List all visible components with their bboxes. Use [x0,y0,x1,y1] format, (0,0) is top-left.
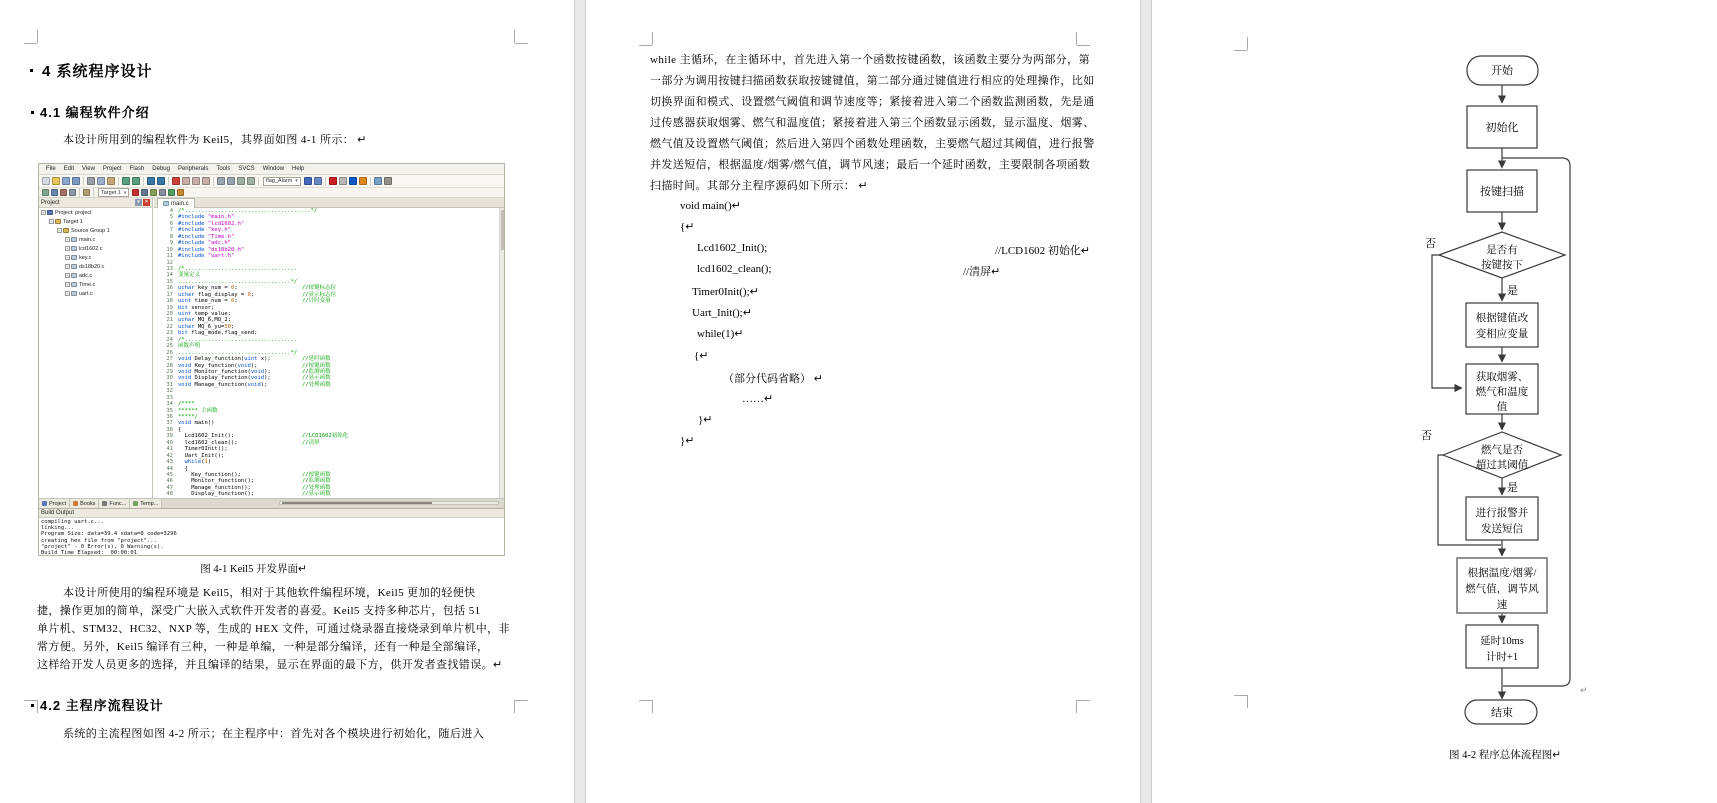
section-heading: 4 系统程序设计 [42,60,153,81]
debug-icon [168,189,175,196]
undo-icon [122,177,130,185]
flow-yes-label: 是 [1507,481,1518,494]
flow-no-label: 否 [1425,237,1436,250]
code-listing-line: Lcd1602_Init(); [697,242,767,254]
c-file-icon [71,273,77,278]
paragraph-line: 过传感器获取烟雾、燃气和温度值；紧接着进入第三个函数显示函数，显示温度、烟雾、 [650,114,1095,130]
download-icon [83,189,90,196]
code-listing-line: }↵ [698,413,713,426]
breakpoint-icon [329,177,337,185]
flow-label-init: 初始化 [1486,120,1519,134]
flow-no-label: 否 [1421,429,1432,442]
toolbar-separator [79,188,80,197]
code-comment: //显示函数 [302,491,331,497]
subsection-heading-4-1: 4.1 编程软件介绍 [40,102,150,121]
flow-label-d2: 超过其阈值 [1476,458,1529,471]
tree-expander-icon: + [41,210,46,215]
toolbar-separator [118,177,119,186]
chevron-down-icon: ▾ [295,178,298,184]
flow-label-delay: 延时10ms [1480,634,1524,647]
menu-item-help: Help [288,166,308,172]
batch-build-icon [69,189,76,196]
paragraph-line: 系统的主流程图如图 4-2 所示；在主程序中：首先对各个模块进行初始化，随后进入 [63,725,484,741]
cut-icon [87,177,95,185]
c-file-icon [71,237,77,242]
keil-code-area: 4/*.....................................… [154,208,504,498]
tree-item-adc-c: +adc.c [39,271,152,280]
tree-expander-icon: + [65,237,70,242]
paragraph-line: 本设计所用到的编程软件为 Keil5，其界面如图 4-1 所示： ↵ [63,131,367,147]
flow-yes-label: 是 [1507,284,1518,297]
find-icon [304,177,312,185]
comment-icon [237,177,245,185]
menu-item-flash: Flash [126,166,149,172]
new-file-icon [42,177,50,185]
save-icon [62,177,70,185]
heading-style-marker [30,69,33,72]
flow-label-get-sensors: 燃气和温度 [1476,385,1529,398]
target-select-combo: Target 1▾ [98,188,129,197]
toolbar-separator [213,177,214,186]
code-listing-comment: //清屏↵ [963,263,1000,279]
tree-expander-icon: + [65,282,70,287]
flow-label-d2: 燃气是否 [1481,443,1523,456]
keil-project-panel-header: Project ▾ ✕ [39,198,152,208]
indent-right-icon [227,177,235,185]
workspace-icon [47,210,53,215]
flow-label-d1: 按键按下 [1481,258,1523,271]
flow-label-keyscan: 按键扫描 [1480,184,1524,198]
search-text-combo: flag_Alarm▾ [263,177,301,186]
breakpoint-enable-icon [349,177,357,185]
flow-label-end: 结束 [1491,705,1513,719]
line-number: 48 [154,491,173,497]
tree-item-project-project: +Project: project [39,208,152,217]
indent-left-icon [217,177,225,185]
tree-expander-icon: + [65,246,70,251]
chevron-down-icon: ▾ [124,190,127,196]
tree-expander-icon: + [65,255,70,260]
options-icon [141,189,148,196]
c-file-icon [71,291,77,296]
code-listing-line: {↵ [694,349,709,362]
flow-no-branch-1 [1432,255,1461,388]
tree-item-label: adc.c [79,273,92,279]
flag-icon [132,189,139,196]
heading-style-marker [31,704,34,707]
toolbar-separator [93,188,94,197]
rebuild-icon [60,189,67,196]
keil-editor-tabbar: main.c [154,198,504,208]
menu-item-tools: Tools [212,166,234,172]
pin-icon: ▾ [135,199,142,206]
books-tab-icon [73,501,78,506]
code-listing-comment: //LCD1602 初始化↵ [995,242,1090,258]
document-viewer-canvas: 4 系统程序设计 4.1 编程软件介绍 本设计所用到的编程软件为 Keil5，其… [0,0,1717,803]
build-icon [51,189,58,196]
tree-expander-icon: + [49,219,54,224]
toolbar-separator [370,177,371,186]
c-file-icon [163,201,169,206]
bookmark-icon [172,177,180,185]
build-output-text: compiling uart.c...linking...Program Siz… [39,518,504,555]
find-in-files-icon [314,177,322,185]
toolbar-separator [83,177,84,186]
build-output-line: Build Time Elapsed: 00:00:01 [41,550,504,556]
tree-expander-icon: + [57,228,62,233]
file-extensions-icon [150,189,157,196]
open-folder-icon [52,177,60,185]
paragraph-line: 一部分为调用按键扫描函数获取按键键值，第二部分通过键值进行相应的处理操作，比如 [650,72,1095,88]
tree-item-label: Target 1 [63,219,83,225]
editor-tab-main-c: main.c [157,198,195,208]
bookmark-clear-icon [202,177,210,185]
code-listing-line: ……↵ [742,392,773,405]
bottom-tab-temp: Temp... [130,499,162,508]
bottom-tab-books: Books [70,499,99,508]
flow-label-get-sensors: 获取烟雾、 [1476,370,1529,383]
paragraph-mark: ↵ [1580,685,1588,695]
group-folder-icon [63,228,69,233]
flow-label-alarm-sms: 发送短信 [1481,522,1523,535]
tree-item-label: key.c [79,255,91,261]
tree-item-ds18b20-c: +ds18b20.c [39,262,152,271]
tree-item-label: uart.c [79,291,93,297]
paragraph-line: 本设计所使用的编程环境是 Keil5，相对于其他软件编程环境，Keil5 更加的… [63,584,476,600]
bookmark-prev-icon [182,177,190,185]
code-listing-line: }↵ [680,434,695,447]
window-layout-icon [374,177,382,185]
paragraph-line: 燃气值及设置燃气阈值；然后进入第四个函数处理函数，主要燃气超过其阈值，进行报警 [650,135,1095,151]
tree-expander-icon: + [65,291,70,296]
keil-project-panel: Project ▾ ✕ +Project: project+Target 1+S… [39,198,153,498]
code-listing-line: Uart_Init();↵ [692,306,752,319]
tree-item-target-1: +Target 1 [39,217,152,226]
toolbar-separator [143,177,144,186]
tree-item-label: main.c [79,237,95,243]
editor-horizontal-scrollbar [279,501,499,505]
tree-item-time-c: +Time.c [39,280,152,289]
flow-label-adjust-fan: 速 [1497,598,1508,611]
c-file-icon [71,255,77,260]
toolbar-separator [325,177,326,186]
bookmark-next-icon [192,177,200,185]
code-listing-line: （部分代码省略） ↵ [723,370,823,386]
build-output-title: Build Output [41,510,74,516]
flow-label-d1: 是否有 [1486,243,1518,256]
copy-icon [97,177,105,185]
tree-item-label: ds18b20.c [79,264,104,270]
toolbar-separator [258,177,259,186]
c-file-icon [71,246,77,251]
keil-project-tree: +Project: project+Target 1+Source Group … [39,208,152,498]
tree-item-source-group-1: +Source Group 1 [39,226,152,235]
paragraph-line: 并发送短信，根据温度/烟雾/燃气值，调节风速；最后一个延时函数，主要限制各项函数 [650,156,1090,172]
tree-item-label: Time.c [79,282,95,288]
subsection-heading-4-2: 4.2 主程序流程设计 [40,695,164,714]
project-panel-title: Project [41,200,60,206]
code-listing-line: lcd1602_clean(); [697,263,772,275]
functions-tab-icon [102,501,107,506]
menu-item-svcs: SVCS [234,166,258,172]
menu-item-peripherals: Peripherals [174,166,212,172]
paragraph-line: 切换界面和模式、设置燃气阈值和调节速度等；紧接着进入第二个函数监测函数，先是通 [650,93,1095,109]
breakpoint-kill-icon [359,177,367,185]
tree-item-uart-c: +uart.c [39,289,152,298]
c-file-icon [71,282,77,287]
keil-toolbar-file: flag_Alarm▾ [39,175,504,188]
c-file-icon [71,264,77,269]
tree-expander-icon: + [65,273,70,278]
tree-item-label: Project: project [55,210,92,216]
flow-label-keyvalue: 变相应变量 [1476,327,1529,340]
templates-tab-icon [133,501,138,506]
code-line: 48 Display_function();//显示函数 [154,491,504,497]
paste-icon [107,177,115,185]
figure-4-1-caption: 图 4-1 Keil5 开发界面↵ [37,561,470,576]
figure-4-2-caption: 图 4-2 程序总体流程图↵ [1395,747,1615,762]
project-tab-icon [42,501,47,506]
target-folder-icon [55,219,61,224]
configure-icon [384,177,392,185]
keil5-screenshot-figure[interactable]: FileEditViewProjectFlashDebugPeripherals… [38,163,505,556]
translate-icon [42,189,49,196]
keil-menu-bar: FileEditViewProjectFlashDebugPeripherals… [39,164,504,175]
paragraph-line: 常方便。另外，Keil5 编译有三种，一种是单编，一种是部分编译，还有一种是全部… [37,638,488,654]
keil-editor: main.c 4/*..............................… [154,198,504,498]
bottom-tab-project: Project [39,499,70,508]
flow-label-alarm-sms: 进行报警并 [1476,506,1529,519]
flow-label-keyvalue: 根据键值改 [1476,311,1529,324]
tree-item-label: lcd1602.c [79,246,103,252]
flow-node-keyvalue [1466,303,1538,347]
menu-item-debug: Debug [148,166,174,172]
redo-icon [132,177,140,185]
heading-style-marker [31,111,34,114]
navigate-forward-icon [157,177,165,185]
code-listing-line: void main()↵ [680,199,741,212]
code-listing-line: Timer0Init();↵ [692,285,759,298]
breakpoint-disable-icon [339,177,347,185]
keil-toolbar-build: Target 1▾ [39,188,504,198]
menu-item-file: File [42,166,60,172]
code-text: Display_function(); [178,491,254,497]
tree-item-lcd1602-c: +lcd1602.c [39,244,152,253]
navigate-back-icon [147,177,155,185]
flow-label-adjust-fan: 根据温度/烟雾/ [1468,566,1537,579]
uncomment-icon [247,177,255,185]
paragraph-line: 这样给开发人员更多的选择，并且编译的结果，显示在界面的最下方，供开发者查找错误。… [37,656,503,672]
flowchart-figure-4-2[interactable]: 开始 初始化 按键扫描 是否有 按键按下 否 是 根据键值改 变相应变量 获取烟… [1395,40,1615,740]
tree-item-key-c: +key.c [39,253,152,262]
tree-item-label: Source Group 1 [71,228,110,234]
paragraph-line: 捷，操作更加的简单，深受广大嵌入式软件开发者的喜爱。Keil5 支持多种芯片，包… [37,602,481,618]
bottom-tab-func: Func... [99,499,130,508]
flow-label-start: 开始 [1491,63,1514,77]
close-icon: ✕ [143,199,150,206]
toolbar-separator [168,177,169,186]
save-all-icon [72,177,80,185]
menu-item-project: Project [99,166,126,172]
menu-item-view: View [78,166,99,172]
tree-item-main-c: +main.c [39,235,152,244]
paragraph-line: 单片机、STM32、HC32、NXP 等，生成的 HEX 文件，可通过烧录器直接… [37,620,510,636]
build-output-header: Build Output [39,508,504,518]
flow-label-delay: 计时+1 [1486,650,1518,663]
menu-item-window: Window [259,166,288,172]
pack-installer-icon [177,189,184,196]
code-listing-line: while(1)↵ [697,327,743,340]
flow-label-get-sensors: 值 [1497,400,1508,413]
editor-vertical-scrollbar [499,208,504,498]
flow-label-adjust-fan: 燃气值，调节风 [1465,582,1539,595]
code-listing-line: {↵ [680,220,695,233]
stop-icon [159,189,166,196]
paragraph-line: 扫描时间。其部分主程序源码如下所示： ↵ [650,177,868,193]
tree-expander-icon: + [65,264,70,269]
menu-item-edit: Edit [60,166,78,172]
paragraph-line: while 主循环，在主循环中，首先进入第一个函数按键函数，该函数主要分为两部分… [650,51,1090,67]
